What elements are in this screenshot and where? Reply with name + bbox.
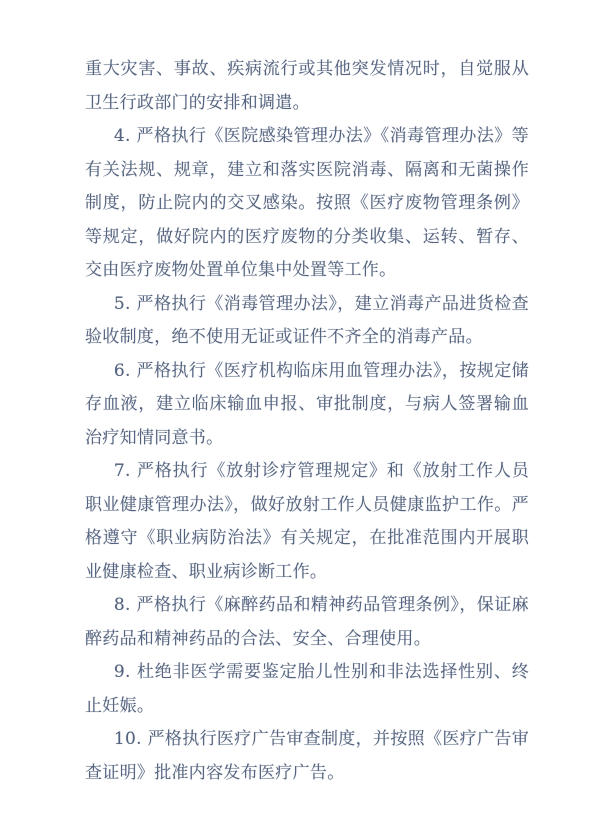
paragraph-item-6: 6. 严格执行《医疗机构临床用血管理办法》，按规定储存血液，建立临床输血申报、审… <box>85 355 529 456</box>
paragraph-item-5: 5. 严格执行《消毒管理办法》，建立消毒产品进货检查验收制度，绝不使用无证或证件… <box>85 288 529 355</box>
paragraph-item-9: 9. 杜绝非医学需要鉴定胎儿性别和非法选择性别、终止妊娠。 <box>85 656 529 723</box>
document-page: 重大灾害、事故、疾病流行或其他突发情况时，自觉服从卫生行政部门的安排和调遣。 4… <box>0 0 593 822</box>
paragraph-item-10: 10. 严格执行医疗广告审查制度，并按照《医疗广告审查证明》批准内容发布医疗广告… <box>85 723 529 790</box>
paragraph-continuation: 重大灾害、事故、疾病流行或其他突发情况时，自觉服从卫生行政部门的安排和调遣。 <box>85 53 529 120</box>
paragraph-item-4: 4. 严格执行《医院感染管理办法》《消毒管理办法》等有关法规、规章，建立和落实医… <box>85 120 529 288</box>
paragraph-item-7: 7. 严格执行《放射诊疗管理规定》和《放射工作人员职业健康管理办法》，做好放射工… <box>85 455 529 589</box>
paragraph-item-8: 8. 严格执行《麻醉药品和精神药品管理条例》，保证麻醉药品和精神药品的合法、安全… <box>85 589 529 656</box>
document-text-block: 重大灾害、事故、疾病流行或其他突发情况时，自觉服从卫生行政部门的安排和调遣。 4… <box>85 53 529 790</box>
